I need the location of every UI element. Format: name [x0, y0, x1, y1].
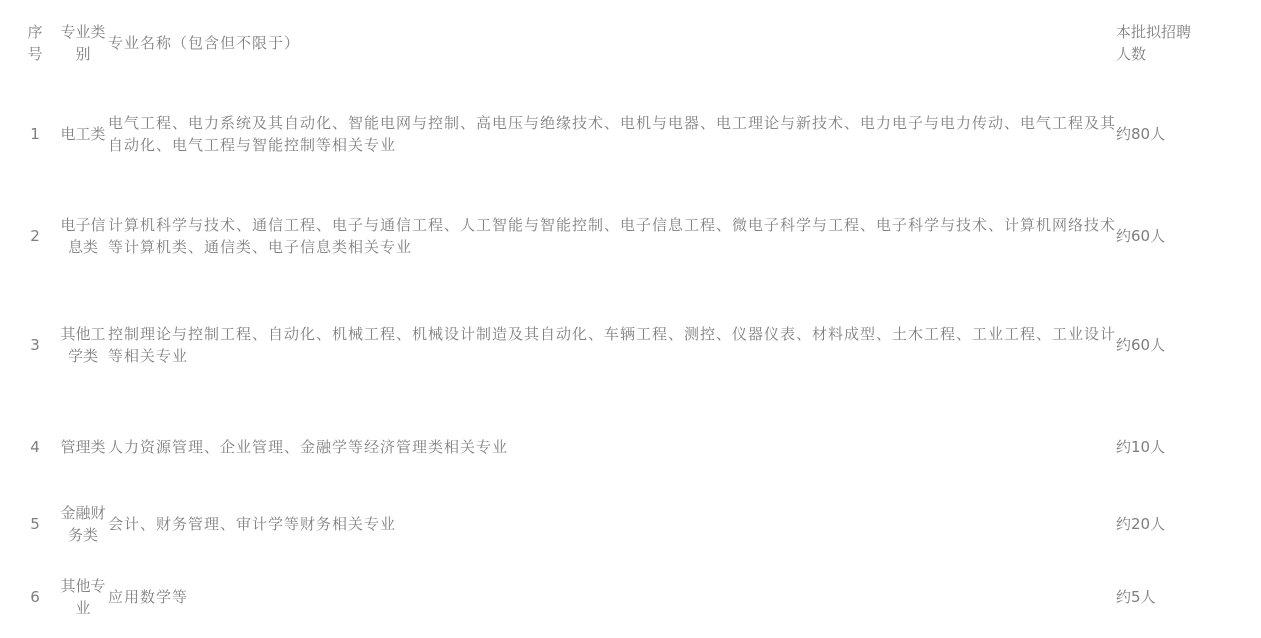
row-index-cell: 5 — [12, 492, 58, 556]
col-header-headcount-label: 本批拟招聘人数 — [1116, 21, 1196, 65]
row-category-cell: 金融财务类 — [58, 492, 108, 556]
row-headcount-cell: 约10人 — [1116, 402, 1261, 492]
table-row: 5 金融财务类 会计、财务管理、审计学等财务相关专业 约20人 — [12, 492, 1261, 556]
recruitment-table-page: 序号 专业类别 专业名称（包含但不限于） 本批拟招聘人数 1 电工类 电气工程、… — [0, 0, 1261, 638]
row-majors-cell: 计算机科学与技术、通信工程、电子与通信工程、人工智能与智能控制、电子信息工程、微… — [108, 183, 1116, 288]
row-category-cell: 其他专业 — [58, 556, 108, 638]
row-category-cell: 电工类 — [58, 85, 108, 183]
row-index-cell: 4 — [12, 402, 58, 492]
col-header-category-label: 专业类别 — [60, 23, 105, 63]
col-header-index-label: 序号 — [27, 21, 44, 65]
row-category-cell: 电子信息类 — [58, 183, 108, 288]
table-header-row: 序号 专业类别 专业名称（包含但不限于） 本批拟招聘人数 — [12, 0, 1261, 85]
row-index-cell: 6 — [12, 556, 58, 638]
col-header-category: 专业类别 — [58, 0, 108, 85]
col-header-majors-label: 专业名称（包含但不限于） — [108, 34, 300, 52]
row-index-cell: 1 — [12, 85, 58, 183]
table-row: 4 管理类 人力资源管理、企业管理、金融学等经济管理类相关专业 约10人 — [12, 402, 1261, 492]
row-headcount-cell: 约20人 — [1116, 492, 1261, 556]
row-majors-cell: 会计、财务管理、审计学等财务相关专业 — [108, 492, 1116, 556]
row-headcount-cell: 约60人 — [1116, 288, 1261, 402]
table-row: 2 电子信息类 计算机科学与技术、通信工程、电子与通信工程、人工智能与智能控制、… — [12, 183, 1261, 288]
row-majors-cell: 应用数学等 — [108, 556, 1116, 638]
col-header-index: 序号 — [12, 0, 58, 85]
row-index-cell: 3 — [12, 288, 58, 402]
recruitment-table: 序号 专业类别 专业名称（包含但不限于） 本批拟招聘人数 1 电工类 电气工程、… — [12, 0, 1261, 638]
row-category-cell: 管理类 — [58, 402, 108, 492]
row-majors-cell: 控制理论与控制工程、自动化、机械工程、机械设计制造及其自动化、车辆工程、测控、仪… — [108, 288, 1116, 402]
table-row: 3 其他工学类 控制理论与控制工程、自动化、机械工程、机械设计制造及其自动化、车… — [12, 288, 1261, 402]
row-index-cell: 2 — [12, 183, 58, 288]
row-majors-cell: 电气工程、电力系统及其自动化、智能电网与控制、高电压与绝缘技术、电机与电器、电工… — [108, 85, 1116, 183]
row-headcount-cell: 约80人 — [1116, 85, 1261, 183]
col-header-headcount: 本批拟招聘人数 — [1116, 0, 1261, 85]
row-majors-cell: 人力资源管理、企业管理、金融学等经济管理类相关专业 — [108, 402, 1116, 492]
row-headcount-cell: 约60人 — [1116, 183, 1261, 288]
row-headcount-cell: 约5人 — [1116, 556, 1261, 638]
table-row: 6 其他专业 应用数学等 约5人 — [12, 556, 1261, 638]
table-row: 1 电工类 电气工程、电力系统及其自动化、智能电网与控制、高电压与绝缘技术、电机… — [12, 85, 1261, 183]
col-header-majors: 专业名称（包含但不限于） — [108, 0, 1116, 85]
row-category-cell: 其他工学类 — [58, 288, 108, 402]
